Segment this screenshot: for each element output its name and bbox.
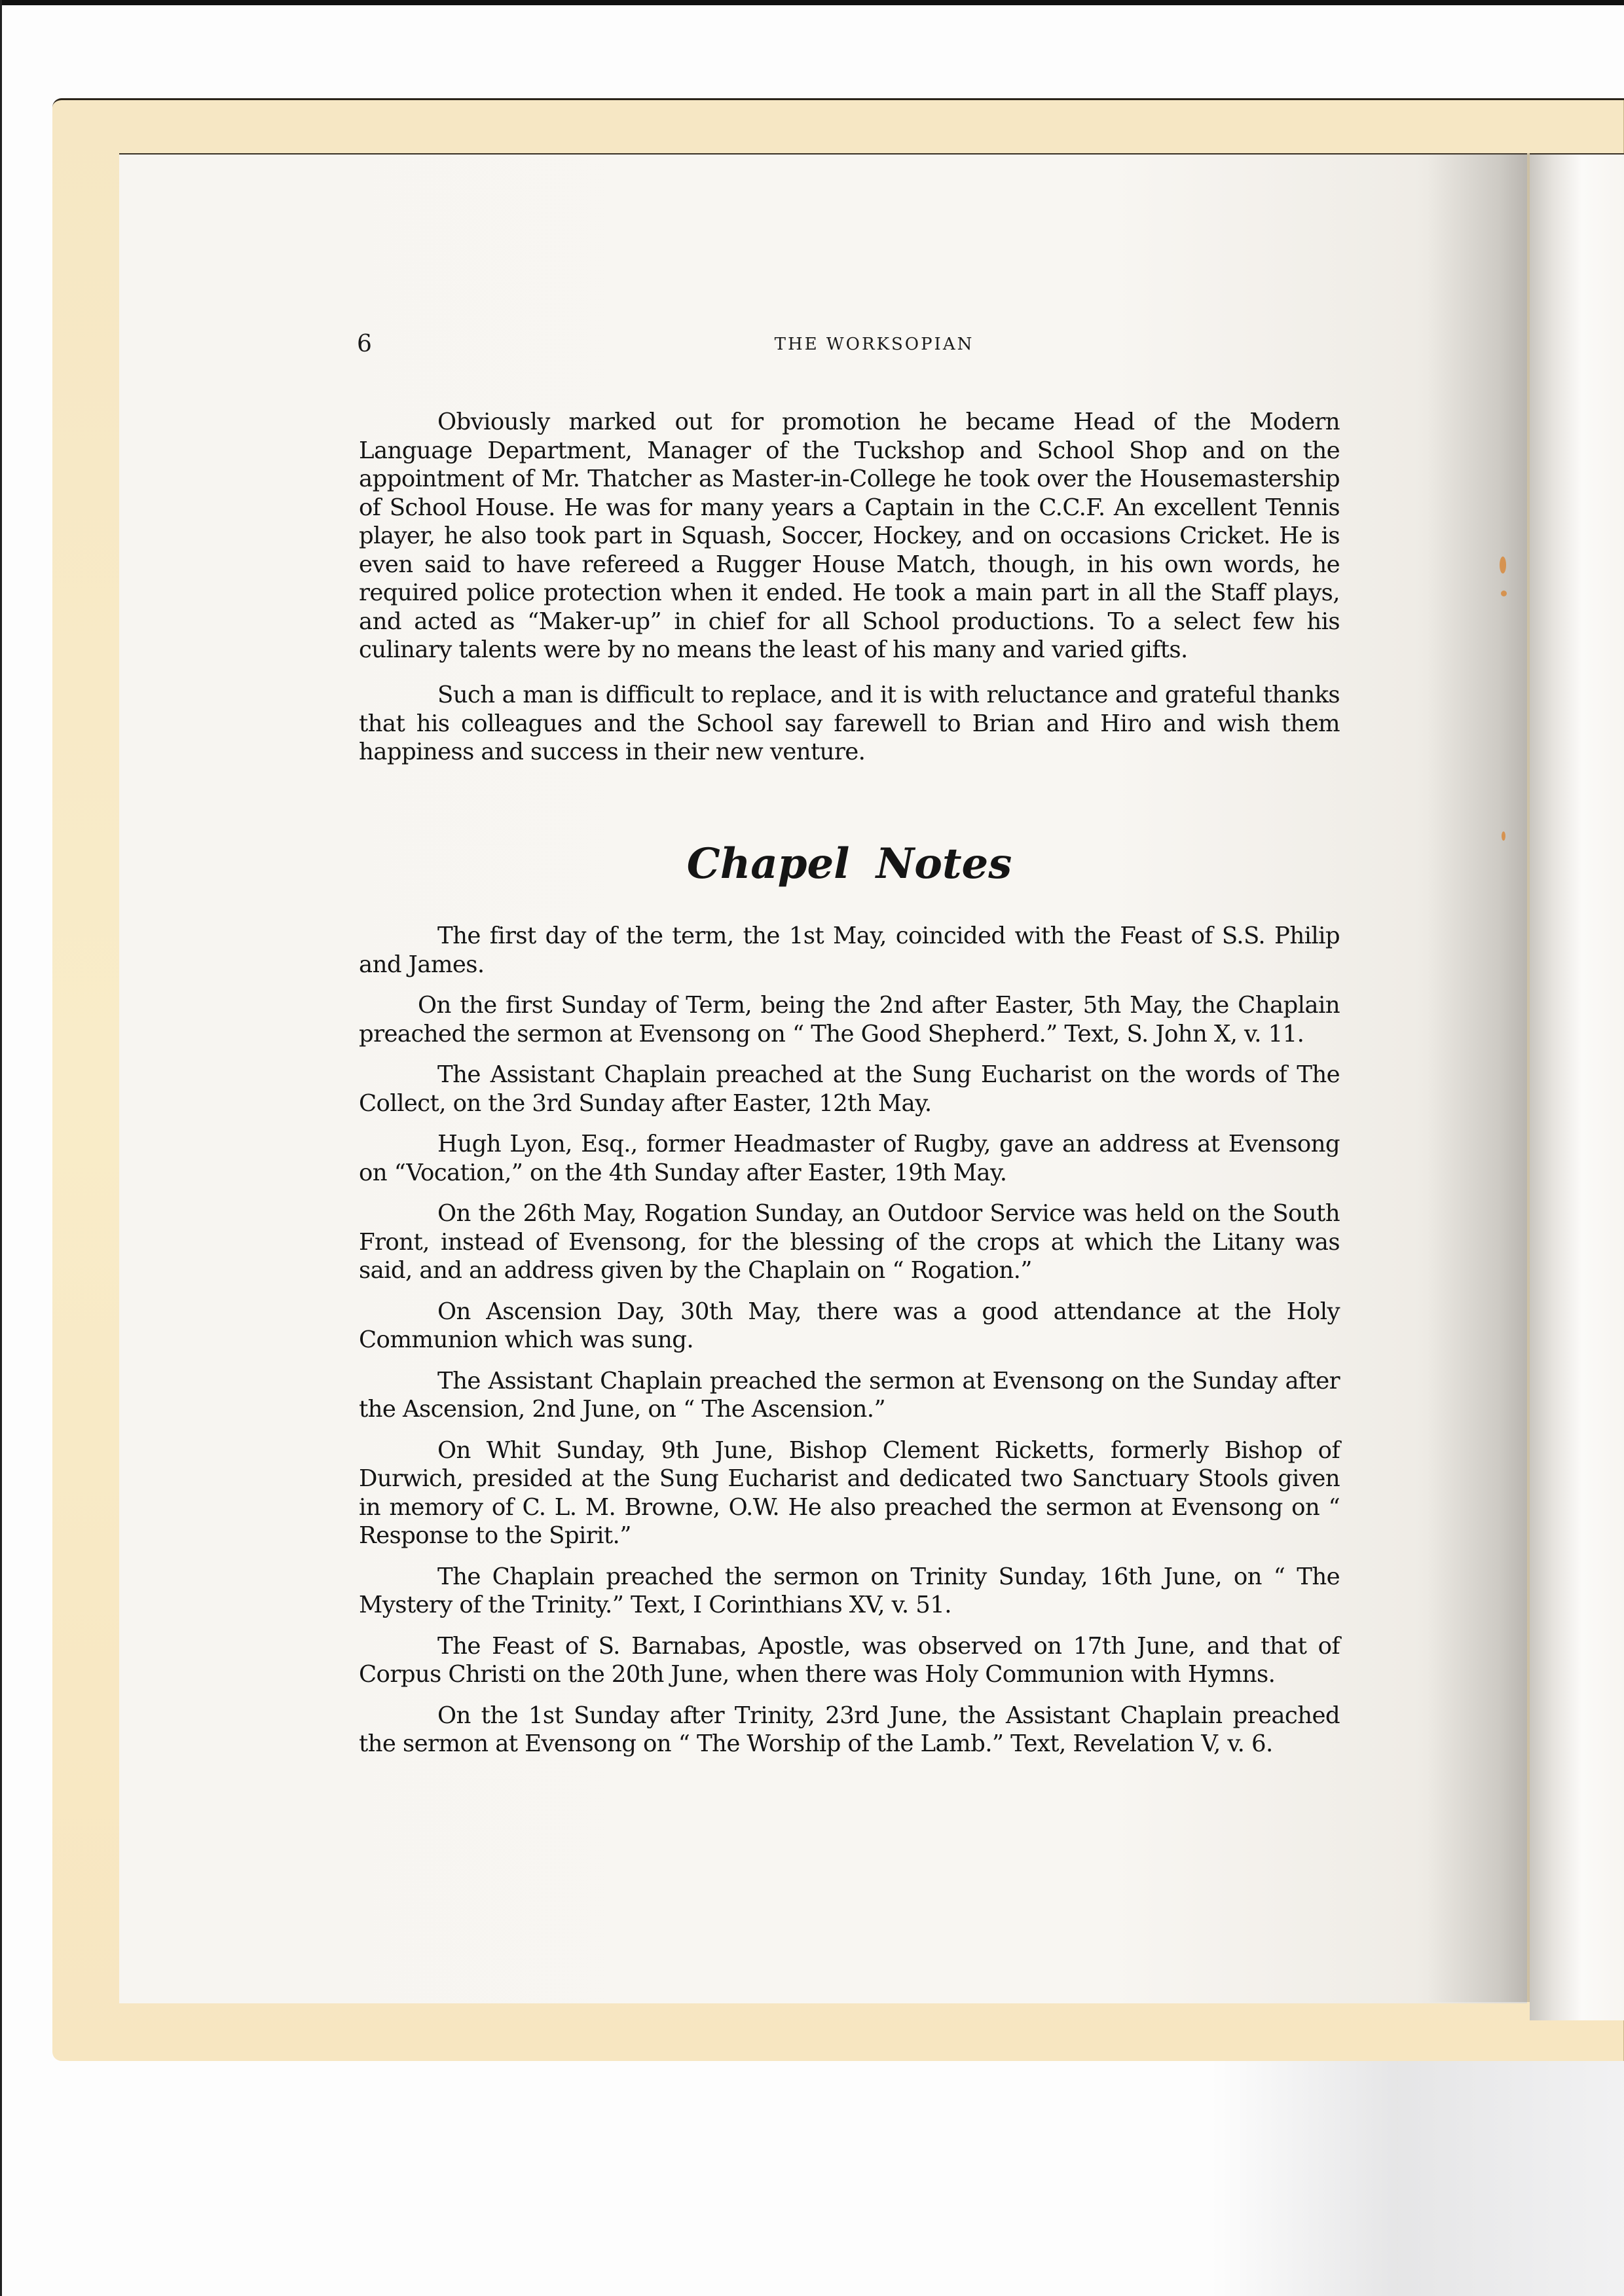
chapel-note: The Chaplain preached the sermon on Trin…	[359, 1563, 1340, 1620]
section-heading: Chapel Notes	[359, 839, 1340, 888]
foxing-stain	[1502, 831, 1505, 841]
scanner-shadow	[1211, 2049, 1624, 2296]
farewell-paragraph-2: Such a man is difficult to replace, and …	[359, 681, 1340, 767]
chapel-note: On the 1st Sunday after Trinity, 23rd Ju…	[359, 1702, 1340, 1758]
running-head: 6 THE WORKSOPIAN	[357, 331, 1378, 357]
chapel-note: Hugh Lyon, Esq., former Headmaster of Ru…	[359, 1130, 1340, 1187]
chapel-note: On the 26th May, Rogation Sunday, an Out…	[359, 1199, 1340, 1285]
chapel-note: On the first Sunday of Term, being the 2…	[359, 991, 1340, 1048]
chapel-note: The Assistant Chaplain preached at the S…	[359, 1061, 1340, 1118]
chapel-notes-body: The first day of the term, the 1st May, …	[359, 922, 1340, 1771]
journal-title: THE WORKSOPIAN	[357, 335, 1378, 354]
gutter-shadow	[1428, 153, 1530, 2002]
paragraph: Obviously marked out for promotion he be…	[359, 408, 1340, 665]
scan-edge-top	[0, 0, 1624, 5]
foxing-stain	[1500, 556, 1506, 574]
chapel-note: The Feast of S. Barnabas, Apostle, was o…	[359, 1632, 1340, 1689]
chapel-note: The Assistant Chaplain preached the serm…	[359, 1367, 1340, 1424]
chapel-note: On Whit Sunday, 9th June, Bishop Clement…	[359, 1436, 1340, 1550]
paragraph: Such a man is difficult to replace, and …	[359, 681, 1340, 767]
chapel-note: On Ascension Day, 30th May, there was a …	[359, 1298, 1340, 1355]
chapel-note: The first day of the term, the 1st May, …	[359, 922, 1340, 979]
foxing-stain	[1501, 591, 1507, 596]
facing-page-edge	[1530, 153, 1624, 2020]
scan-edge-left	[0, 0, 2, 2296]
farewell-paragraph-1: Obviously marked out for promotion he be…	[359, 408, 1340, 665]
